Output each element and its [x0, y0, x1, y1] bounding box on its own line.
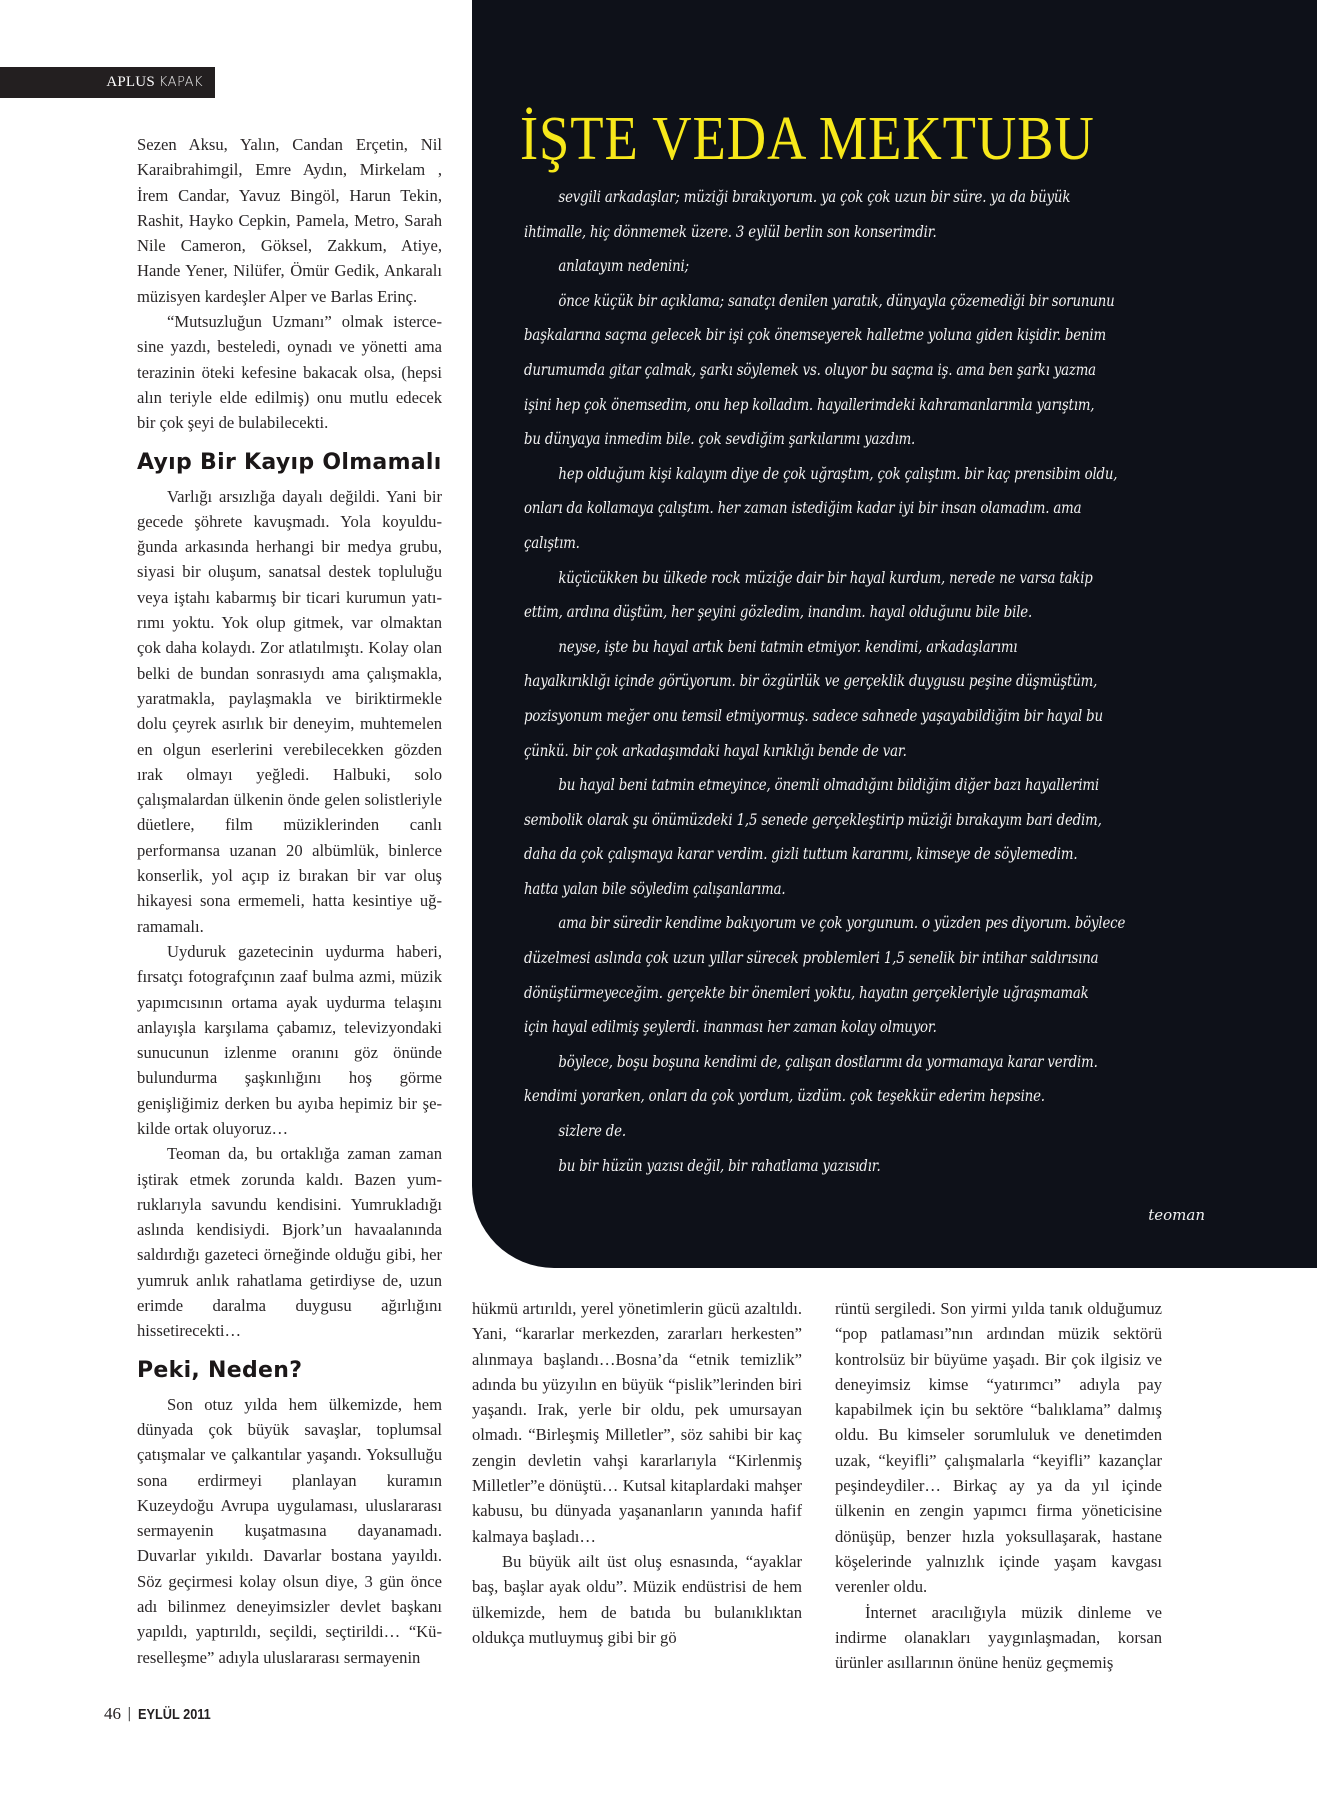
letter-line: bu dünyaya inmedim bile. çok sevdiğim şa… [524, 422, 1143, 457]
letter-line: düzelmesi aslında çok uzun yıllar sürece… [524, 941, 1143, 976]
letter-line: ettim, ardına düştüm, her şeyini gözledi… [524, 595, 1143, 630]
section-heading: Peki, Neden? [137, 1356, 442, 1386]
letter-line: küçücükken bu ülkede rock müziğe dair bi… [524, 561, 1143, 596]
article-paragraph: Sezen Aksu, Yalın, Candan Erçetin, Nil K… [137, 132, 442, 309]
letter-line: anlatayım nedenini; [524, 249, 1143, 284]
letter-line: hatta yalan bile söyledim çalışanlarıma. [524, 872, 1143, 907]
letter-line: ihtimalle, hiç dönmemek üzere. 3 eylül b… [524, 215, 1143, 250]
right-article-column: rüntü sergiledi. Son yirmi yılda tanık o… [835, 1296, 1162, 1675]
letter-line: daha da çok çalışmaya karar verdim. gizl… [524, 837, 1143, 872]
middle-article-column: hükmü artırıldı, yerel yönetimlerin gücü… [472, 1296, 802, 1650]
letter-line: sevgili arkadaşlar; müziği bırakıyorum. … [524, 180, 1143, 215]
left-article-column: Sezen Aksu, Yalın, Candan Erçetin, Nil K… [137, 132, 442, 1670]
letter-line: neyse, işte bu hayal artık beni tatmin e… [524, 630, 1143, 665]
article-paragraph: rüntü sergiledi. Son yirmi yılda tanık o… [835, 1296, 1162, 1600]
letter-line: onları da kollamaya çalıştım. her zaman … [524, 491, 1143, 526]
article-paragraph: Son otuz yılda hem ülkemizde, hem dünyad… [137, 1392, 442, 1670]
letter-signature: teoman [1148, 1206, 1205, 1224]
letter-line: dönüştürmeyeceğim. gerçekte bir önemleri… [524, 976, 1143, 1011]
letter-line: pozisyonum meğer onu temsil etmiyormuş. … [524, 699, 1143, 734]
letter-line: işini hep çok önemsedim, onu hep kolladı… [524, 388, 1143, 423]
letter-line: için hayal edilmiş şeylerdi. inanması he… [524, 1010, 1143, 1045]
section-name: KAPAK [159, 75, 203, 90]
letter-body: sevgili arkadaşlar; müziği bırakıyorum. … [524, 180, 1244, 1183]
issue-date: EYLÜL 2011 [138, 1706, 211, 1723]
letter-line: kendimi yorarken, onları da çok yordum, … [524, 1079, 1143, 1114]
footer-separator: | [127, 1706, 132, 1722]
letter-line: durumumda gitar çalmak, şarkı söylemek v… [524, 353, 1143, 388]
letter-title: İŞTE VEDA MEKTUBU [520, 103, 1136, 175]
magazine-brand: APLUS [106, 74, 155, 91]
letter-line: önce küçük bir açıklama; sanatçı denilen… [524, 284, 1143, 319]
article-paragraph: Bu büyük ailt üst oluş esnasında, “ayak­… [472, 1549, 802, 1650]
letter-line: sembolik olarak şu önümüzdeki 1,5 senede… [524, 803, 1143, 838]
article-paragraph: “Mutsuzluğun Uzmanı” olmak isterce­sine … [137, 309, 442, 435]
page-footer: 46 | EYLÜL 2011 [104, 1704, 223, 1724]
letter-line: bu hayal beni tatmin etmeyince, önemli o… [524, 768, 1143, 803]
letter-line: bu bir hüzün yazısı değil, bir rahatlama… [524, 1149, 1143, 1184]
letter-line: sizlere de. [524, 1114, 1143, 1149]
page-number: 46 [104, 1704, 121, 1724]
article-paragraph: hükmü artırıldı, yerel yönetimlerin gücü… [472, 1296, 802, 1549]
letter-line: hep olduğum kişi kalayım diye de çok uğr… [524, 457, 1143, 492]
letter-line: hayalkırıklığı içinde görüyorum. bir özg… [524, 664, 1143, 699]
letter-line: çünkü. bir çok arkadaşımdaki hayal kırık… [524, 734, 1143, 769]
letter-line: çalıştım. [524, 526, 1143, 561]
article-paragraph: Uyduruk gazetecinin uydurma habe­ri, fır… [137, 939, 442, 1141]
article-paragraph: Teoman da, bu ortaklığa zaman zaman işti… [137, 1141, 442, 1343]
farewell-letter-panel: İŞTE VEDA MEKTUBU sevgili arkadaşlar; mü… [472, 0, 1317, 1268]
section-heading: Ayıp Bir Kayıp Olmamalı [137, 448, 442, 478]
article-paragraph: İnternet aracılığıyla müzik dinleme ve i… [835, 1600, 1162, 1676]
letter-line: ama bir süredir kendime bakıyorum ve çok… [524, 906, 1143, 941]
letter-line: böylece, boşu boşuna kendimi de, çalışan… [524, 1045, 1143, 1080]
section-tag: APLUS KAPAK [0, 67, 215, 98]
letter-line: başkalarına saçma gelecek bir işi çok ön… [524, 318, 1143, 353]
article-paragraph: Varlığı arsızlığa dayalı değildi. Yani b… [137, 484, 442, 939]
